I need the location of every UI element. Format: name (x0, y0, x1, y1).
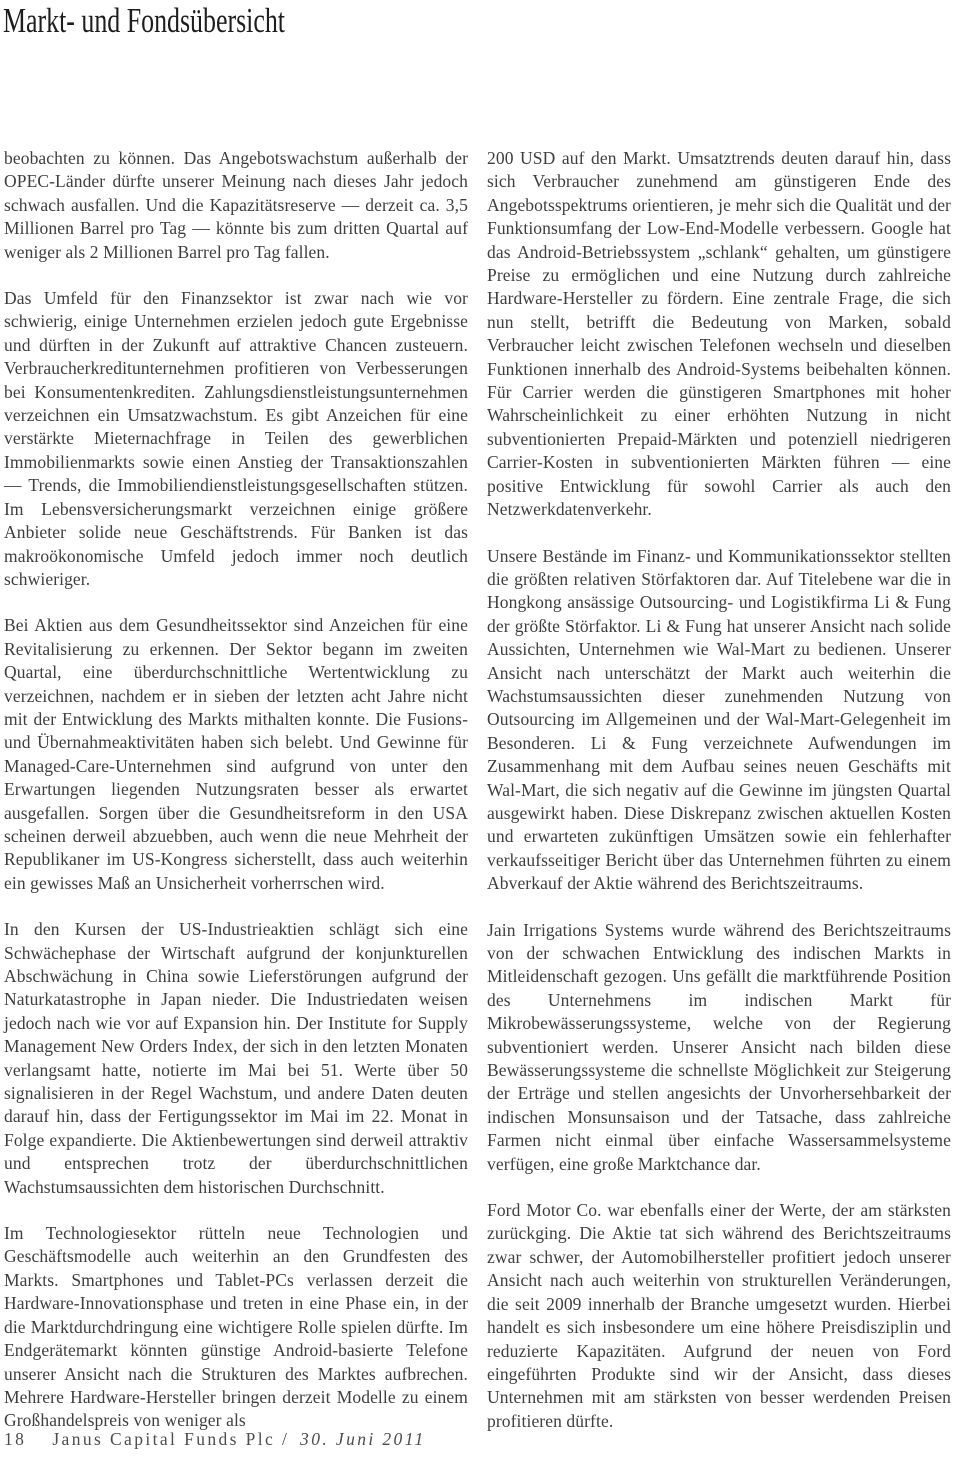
paragraph: Unsere Bestände im Finanz- und Kommunika… (487, 545, 951, 896)
right-column: 200 USD auf den Markt. Umsatztrends deut… (487, 147, 951, 1433)
paragraph: Bei Aktien aus dem Gesundheitssektor sin… (4, 614, 468, 895)
left-column: beobachten zu können. Das Angebotswachst… (4, 147, 468, 1433)
paragraph: Im Technologiesektor rütteln neue Techno… (4, 1222, 468, 1433)
paragraph: In den Kursen der US-Industrieaktien sch… (4, 918, 468, 1199)
page-footer: 18Janus Capital Funds Plc / 30. Juni 201… (4, 1429, 426, 1450)
footer-date: 30. Juni 2011 (300, 1429, 426, 1449)
footer-publication: Janus Capital Funds Plc / (52, 1429, 289, 1449)
page-title: Markt- und Fondsübersicht (3, 1, 285, 41)
paragraph: Jain Irrigations Systems wurde während d… (487, 919, 951, 1176)
page-number: 18 (4, 1429, 26, 1449)
paragraph: Das Umfeld für den Finanzsektor ist zwar… (4, 287, 468, 591)
paragraph: Ford Motor Co. war ebenfalls einer der W… (487, 1199, 951, 1433)
two-column-layout: beobachten zu können. Das Angebotswachst… (4, 147, 951, 1433)
document-page: Markt- und Fondsübersicht beobachten zu … (0, 0, 960, 1462)
paragraph: beobachten zu können. Das Angebotswachst… (4, 147, 468, 264)
paragraph: 200 USD auf den Markt. Umsatztrends deut… (487, 147, 951, 522)
